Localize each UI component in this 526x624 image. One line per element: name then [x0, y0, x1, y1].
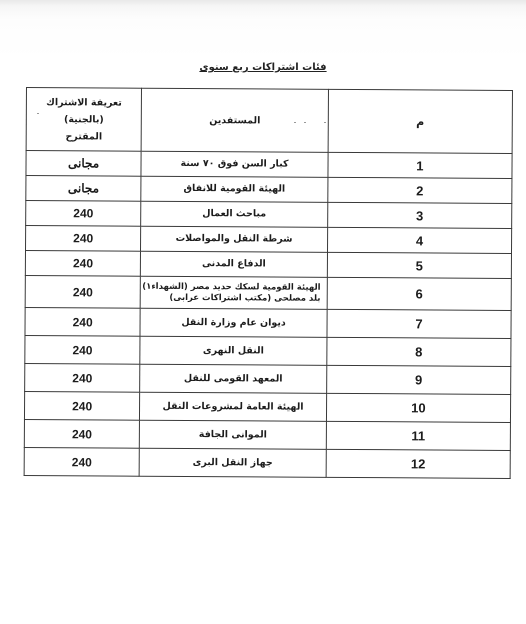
scan-speck: [324, 122, 326, 123]
beneficiary-line2: بلد مصلحى (مكتب اشتراكات عرابى): [141, 292, 321, 304]
fee-cell: مجانى: [26, 176, 141, 202]
beneficiary-cell: النقل النهرى: [140, 336, 327, 365]
beneficiary-cell: الهيئة القومية لسكك حديد مصر (الشهداء١) …: [140, 276, 327, 309]
table-header-row: تعريفة الاشتراك (بالجنية) المقترح المستف…: [26, 88, 512, 154]
table-row: مجانى الهيئة القومية للانفاق 2: [26, 176, 512, 204]
fee-cell: 240: [25, 335, 140, 364]
table-row: 240 الموانى الجافة 11: [24, 419, 510, 450]
fee-cell: 240: [26, 226, 141, 252]
header-fee-line2: (بالجنية): [27, 111, 141, 129]
table-row: 240 الدفاع المدنى 5: [25, 251, 511, 279]
number-cell: 9: [326, 365, 510, 394]
beneficiary-cell: المعهد القومى للنقل: [140, 364, 327, 393]
table-row: 240 شرطة النقل والمواصلات 4: [26, 226, 512, 254]
fee-cell: مجانى: [26, 151, 141, 177]
number-cell: 3: [327, 202, 511, 228]
number-cell: 2: [328, 177, 512, 203]
scanned-page: فئات اشتراكات ربع سنوى تعريفة الاشتراك (…: [0, 0, 526, 624]
table-row: 240 الهيئة القومية لسكك حديد مصر (الشهدا…: [25, 275, 511, 310]
table-row: 240 ديوان عام وزارة النقل 7: [25, 307, 511, 338]
number-cell: 7: [327, 309, 511, 338]
number-cell: 10: [326, 393, 510, 422]
scan-speck: [37, 113, 39, 114]
beneficiary-cell: الهيئة القومية للانفاق: [141, 176, 328, 202]
scan-speck: [294, 122, 296, 123]
beneficiary-cell: الموانى الجافة: [140, 420, 327, 449]
table-row: 240 مباحث العمال 3: [26, 201, 512, 229]
number-cell: 4: [327, 227, 511, 253]
header-fee-line1: تعريفة الاشتراك: [27, 94, 141, 112]
number-cell: 12: [326, 449, 510, 478]
fee-cell: 240: [25, 251, 140, 277]
fee-cell: 240: [25, 275, 140, 308]
beneficiary-cell: كبار السن فوق ٧٠ سنة: [141, 151, 328, 177]
beneficiary-cell: مباحث العمال: [141, 201, 328, 227]
number-cell: 6: [327, 277, 511, 310]
table-row: 240 المعهد القومى للنقل 9: [25, 363, 511, 394]
fee-cell: 240: [25, 307, 140, 336]
number-cell: 1: [328, 152, 512, 178]
fee-cell: 240: [24, 419, 139, 448]
number-cell: 11: [326, 421, 510, 450]
subscription-table: تعريفة الاشتراك (بالجنية) المقترح المستف…: [24, 87, 513, 479]
fee-cell: 240: [24, 447, 139, 476]
fee-cell: 240: [25, 363, 140, 392]
beneficiary-cell: الدفاع المدنى: [141, 251, 328, 277]
number-cell: 8: [327, 337, 511, 366]
fee-cell: 240: [26, 201, 141, 227]
beneficiary-line1: الهيئة القومية لسكك حديد مصر (الشهداء١): [141, 281, 321, 293]
beneficiary-cell: الهيئة العامة لمشروعات النقل: [140, 392, 327, 421]
beneficiary-cell: جهاز النقل البرى: [139, 448, 326, 477]
header-number: م: [328, 89, 513, 153]
beneficiary-cell: ديوان عام وزارة النقل: [140, 308, 327, 337]
table-row: 240 النقل النهرى 8: [25, 335, 511, 366]
number-cell: 5: [327, 252, 511, 278]
document-title: فئات اشتراكات ربع سنوى: [0, 62, 526, 73]
header-fee: تعريفة الاشتراك (بالجنية) المقترح: [26, 88, 142, 152]
header-fee-line3: المقترح: [27, 128, 141, 146]
table-row: 240 جهاز النقل البرى 12: [24, 447, 510, 478]
table-row: 240 الهيئة العامة لمشروعات النقل 10: [24, 391, 510, 422]
fee-cell: 240: [24, 391, 139, 420]
beneficiary-cell: شرطة النقل والمواصلات: [141, 226, 328, 252]
table-row: مجانى كبار السن فوق ٧٠ سنة 1: [26, 151, 512, 179]
header-beneficiaries: المستفدين: [141, 88, 328, 152]
scan-speck: [304, 122, 306, 123]
